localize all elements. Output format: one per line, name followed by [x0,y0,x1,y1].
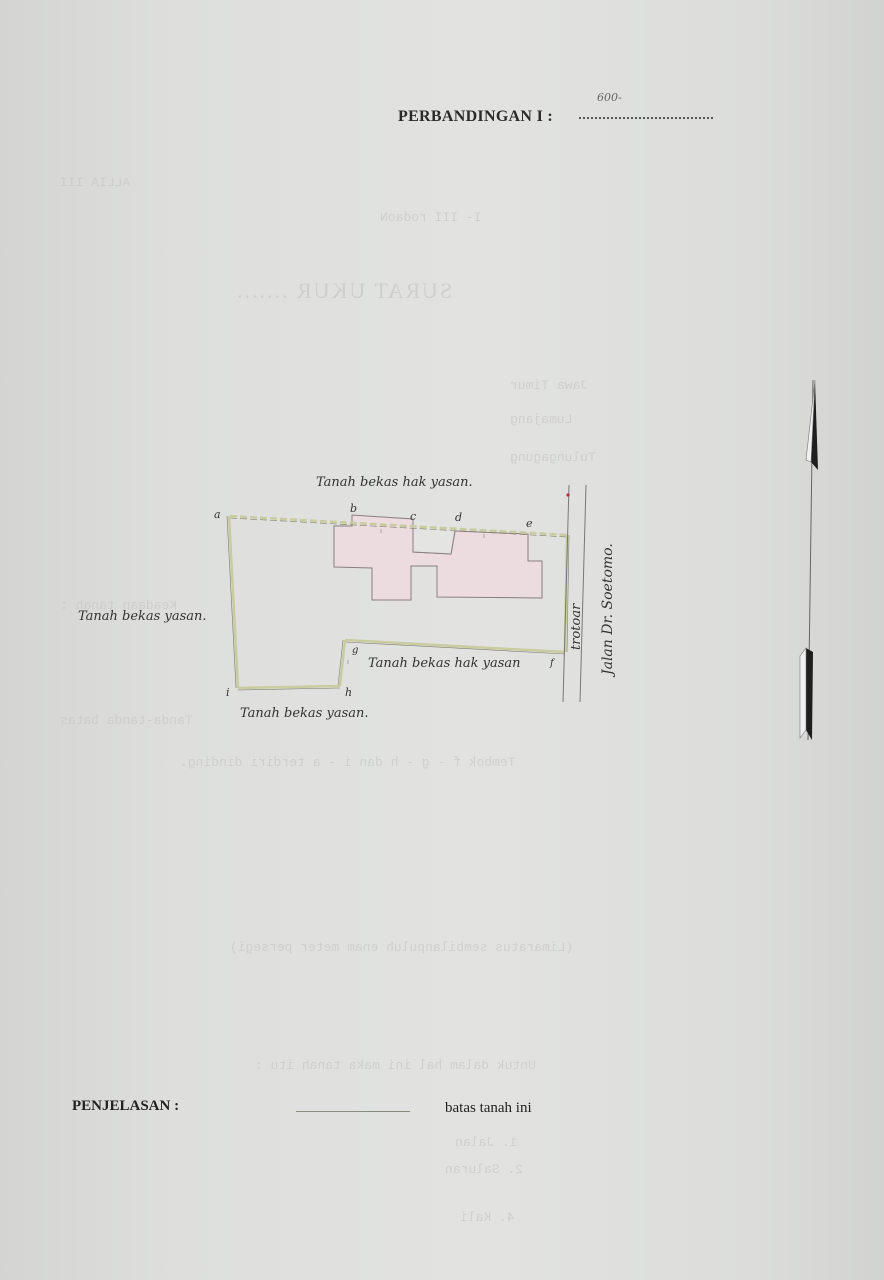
point-label-h: h [345,686,352,699]
label-north-neighbour: Tanah bekas hak yasan. [316,475,473,490]
survey-marker [566,493,569,496]
point-label-e: e [526,517,533,530]
land-parcel-map: a b c d e f g h i Tanah bekas hak yasan.… [0,0,884,1280]
legend-boundary-text: batas tanah ini [445,1100,532,1117]
label-inner-neighbour: Tanah bekas hak yasan [368,656,521,671]
legend: PENJELASAN : [72,1098,179,1115]
building-notch [413,519,455,554]
label-south-neighbour: Tanah bekas yasan. [240,706,369,721]
north-arrow-icon [800,380,818,740]
label-road: Jalan Dr. Soetomo. [600,543,616,678]
point-label-c: c [410,510,416,523]
point-label-b: b [350,502,357,515]
legend-title: PENJELASAN : [72,1098,179,1115]
legend-boundary-line-sample [296,1111,410,1112]
label-west-neighbour: Tanah bekas yasan. [78,609,207,624]
point-label-i: i [226,686,230,699]
point-label-a: a [214,508,221,521]
road-lines [563,485,586,702]
label-sidewalk: trotoar [569,603,584,650]
point-label-d: d [455,511,462,524]
point-label-f: f [549,658,556,669]
document-page: ALLIA III I- III rodaoN SURAT UKUR .....… [0,0,884,1280]
point-label-g: g [352,645,358,656]
